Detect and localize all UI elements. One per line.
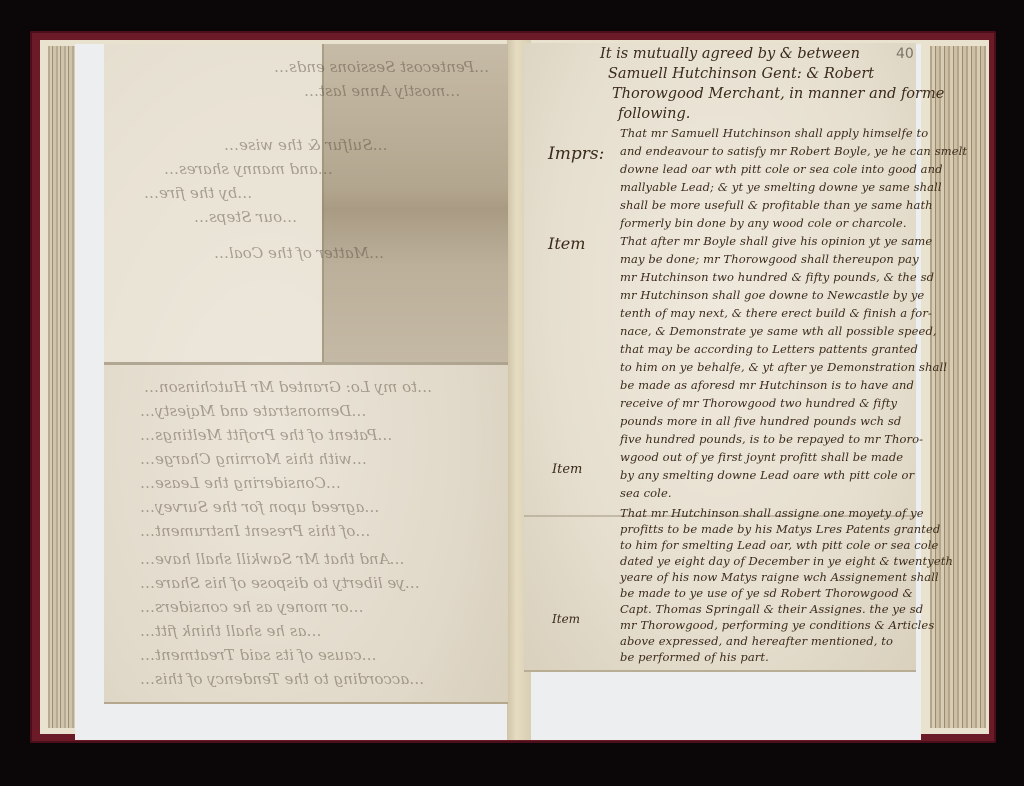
- bleed-line: …mostly Anne last…: [304, 82, 460, 100]
- clause-line: to him on ye behalfe, & yt after ye Demo…: [620, 360, 947, 374]
- heading-line: It is mutually agreed by & between: [600, 46, 860, 62]
- clause-line: and endeavour to satisfy mr Robert Boyle…: [620, 144, 967, 158]
- bleed-line: …according to the Tendency of this…: [140, 670, 424, 688]
- clause-line: be made to ye use of ye sd Robert Thorow…: [620, 586, 913, 600]
- clause-line: nace, & Demonstrate ye same wth all poss…: [620, 324, 937, 338]
- clause-line: That after mr Boyle shall give his opini…: [620, 234, 932, 248]
- left-manuscript-leaf: …Pentecost Sessions ends… …mostly Anne l…: [104, 44, 508, 704]
- clause-line: sea cole.: [620, 486, 672, 500]
- bleed-line: …or money as he considers…: [140, 598, 364, 616]
- clause-line: be performed of his part.: [620, 650, 769, 664]
- clause-line: above expressed, and hereafter mentioned…: [620, 634, 893, 648]
- clause-line: mr Hutchinson shall goe downe to Newcast…: [620, 288, 924, 302]
- clause-line: be made as aforesd mr Hutchinson is to h…: [620, 378, 914, 392]
- heading-line: following.: [618, 106, 690, 122]
- clause-line: dated ye eight day of December in ye eig…: [620, 554, 953, 568]
- left-page-edges: [48, 46, 78, 728]
- bleed-line: …Demonstrate and Majesty…: [140, 402, 366, 420]
- bleed-line: …Considering the Lease…: [140, 474, 341, 492]
- bleed-line: …as he shall think fitt…: [140, 622, 321, 640]
- clause-line: downe lead oar wth pitt cole or sea cole…: [620, 162, 943, 176]
- leaf-panel-light: [104, 44, 322, 362]
- margin-label-item: Item: [548, 234, 585, 253]
- clause-line: That mr Samuell Hutchinson shall apply h…: [620, 126, 928, 140]
- bleed-line: …cause of its said Treatment…: [140, 646, 377, 664]
- margin-label-imprimis: Imprs:: [548, 144, 604, 164]
- heading-line: Samuell Hutchinson Gent: & Robert: [608, 66, 874, 82]
- bleed-line: …to my Lo: Granted Mr Hutchinson…: [144, 378, 432, 396]
- margin-label-item: Item: [552, 612, 580, 626]
- bleed-line: …ye liberty to dispose of his Share…: [140, 574, 420, 592]
- horizontal-fold-line: [104, 362, 508, 365]
- bleed-line: …and manny shares…: [164, 160, 333, 178]
- clause-line: shall be more usefull & profitable than …: [620, 198, 933, 212]
- clause-line: mr Thorowgood, performing ye conditions …: [620, 618, 934, 632]
- bleed-line: …by the fire…: [144, 184, 252, 202]
- clause-line: five hundred pounds, is to be repayed to…: [620, 432, 923, 446]
- clause-line: by any smelting downe Lead oare wth pitt…: [620, 468, 914, 482]
- clause-line: to him for smelting Lead oar, wth pitt c…: [620, 538, 938, 552]
- folio-number: 40: [896, 46, 914, 62]
- clause-line: mr Hutchinson two hundred & fifty pounds…: [620, 270, 934, 284]
- clause-line: yeare of his now Matys raigne wch Assign…: [620, 570, 939, 584]
- clause-line: pounds more in all five hundred pounds w…: [620, 414, 901, 428]
- clause-line: mallyable Lead; & yt ye smelting downe y…: [620, 180, 942, 194]
- clause-line: Capt. Thomas Springall & their Assignes.…: [620, 602, 923, 616]
- clause-line: formerly bin done by any wood cole or ch…: [620, 216, 907, 230]
- bleed-line: …Patent of the Profitt Meltings…: [140, 426, 392, 444]
- clause-line: profitts to be made by his Matys Lres Pa…: [620, 522, 940, 536]
- bleed-line: …our Steps…: [194, 208, 297, 226]
- bleed-line: …Matter of the Coal…: [214, 244, 384, 262]
- bleed-line: …And that Mr Sawkill shall have…: [140, 550, 405, 568]
- clause-line: that may be according to Letters pattent…: [620, 342, 918, 356]
- clause-line: wgood out of ye first joynt profitt shal…: [620, 450, 903, 464]
- bleed-line: …Sulfur & the wise…: [224, 136, 388, 154]
- heading-line: Thorowgood Merchant, in manner and forme: [612, 86, 944, 102]
- bleed-line: …Pentecost Sessions ends…: [274, 58, 489, 76]
- margin-label-item: Item: [552, 462, 582, 477]
- bleed-line: …agreed upon for the Survey…: [140, 498, 379, 516]
- clause-line: receive of mr Thorowgood two hundred & f…: [620, 396, 897, 410]
- clause-line: may be done; mr Thorowgood shall thereup…: [620, 252, 919, 266]
- clause-line: tenth of may next, & there erect build &…: [620, 306, 932, 320]
- bleed-line: …with this Morning Charge…: [140, 450, 367, 468]
- clause-line: That mr Hutchinson shall assigne one moy…: [620, 506, 924, 520]
- bleed-line: …of this Present Instrument…: [140, 522, 370, 540]
